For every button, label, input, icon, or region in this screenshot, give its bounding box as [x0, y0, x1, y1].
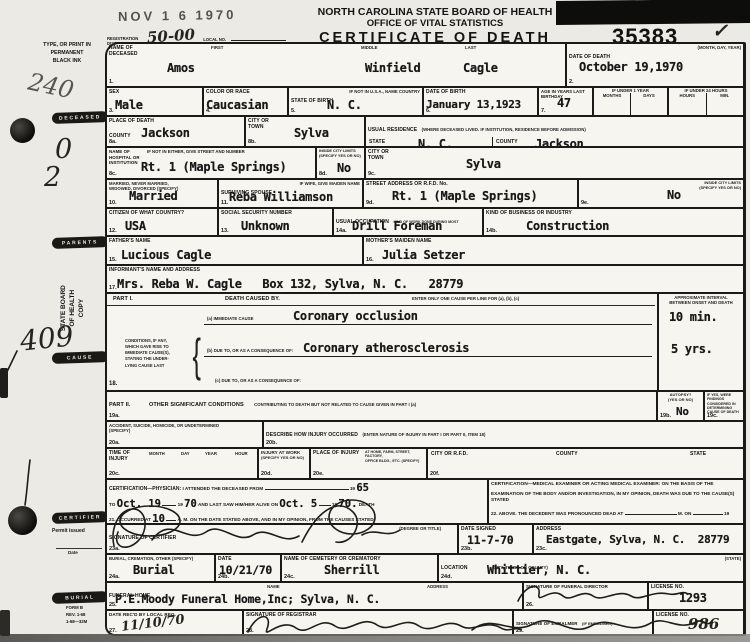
field-funeral-director-signature: SIGNATURE OF FUNERAL DIRECTOR 26. — [522, 583, 647, 609]
certificate-number-checkmark: ✓ — [712, 20, 728, 42]
field-certifier-signature: SIGNATURE OF CERTIFIER (DEGREE OR TITLE)… — [107, 525, 457, 553]
date-of-death-value: October 19,1970 — [579, 60, 683, 74]
immediate-cause-value: Coronary occlusion — [293, 309, 418, 323]
field-ssn: SOCIAL SECURITY NUMBER Unknown 13. — [217, 209, 332, 235]
certifier-address-value: Eastgate, Sylva, N. C. 28779 — [546, 533, 729, 546]
funeral-director-license-value: 1293 — [679, 591, 707, 605]
field-citizen: CITIZEN OF WHAT COUNTRY? USA 12. — [107, 209, 217, 235]
field-autopsy-findings: IF YES, WERE FINDINGS CONSIDERED IN DETE… — [703, 392, 743, 420]
occupation-value: Drill Foreman — [352, 219, 442, 233]
field-date-received: DATE REC'D BY LOCAL REG. 11/10/70 27. — [107, 611, 242, 635]
deceased-first-name: Amos — [167, 61, 195, 75]
received-date-stamp: NOV 1 6 1970 — [118, 7, 237, 24]
inside-city-limits-residence-value: No — [667, 188, 681, 202]
row-injury-details: TIME OFINJURY MONTH DAY YEAR HOUR 20c. I… — [107, 447, 743, 478]
row-funeral-home: FUNERAL HOME NAME ADDRESS P.E.Moody Fune… — [107, 581, 743, 609]
death-county-value: Jackson — [141, 126, 189, 140]
certificate-form: NAME OFDECEASED FIRST MIDDLE LAST Amos W… — [105, 42, 746, 636]
death-city-value: Sylva — [294, 126, 329, 140]
section-tag-burial: BURIAL — [52, 591, 108, 603]
interval-b-value: 5 yrs. — [671, 342, 713, 356]
field-injury-at-work: INJURY AT WORK(SPECIFY YES OR NO) 20d. — [257, 449, 309, 478]
attended-to-date: Oct. 19 — [117, 498, 161, 510]
field-injury-location: CITY OR R.F.D. COUNTY STATE 20f. — [426, 449, 743, 478]
row-accident: ACCIDENT, SUICIDE, HOMICIDE, OR UNDETERM… — [107, 420, 743, 447]
embalmer-license-value: 986 — [688, 615, 719, 633]
autopsy-value: No — [676, 405, 689, 418]
certification-medical-examiner: CERTIFICATION—MEDICAL EXAMINER OR ACTING… — [487, 480, 743, 523]
field-name-of-deceased: NAME OFDECEASED FIRST MIDDLE LAST Amos W… — [107, 44, 565, 86]
field-race: COLOR OR RACE Caucasian 4. — [202, 88, 287, 115]
part1-interval-column: APPROXIMATE INTERVALBETWEEN ONSET AND DE… — [657, 294, 743, 390]
row-parents: FATHER'S NAME Lucious Cagle 15. MOTHER'S… — [107, 235, 743, 264]
field-state-of-birth: STATE OF BIRTH IF NOT IN U.S.A., NAME CO… — [287, 88, 422, 115]
field-hospital: NAME OFHOSPITAL ORINSTITUTION IF NOT IN … — [107, 148, 315, 178]
field-father-name: FATHER'S NAME Lucious Cagle 15. — [107, 237, 362, 264]
permit-issued-label: Permit issued — [52, 528, 85, 534]
field-residence-county: COUNTY Jackson 9b. — [492, 137, 743, 146]
field-age: AGE IN YEARS LASTBIRTHDAY 47 7. — [537, 88, 592, 115]
field-burial-type: BURIAL, CREMATION, OTHER (SPECIFY) Buria… — [107, 555, 214, 581]
section-tag-deceased: DECEASED — [52, 111, 108, 123]
row-citizen-occupation: CITIZEN OF WHAT COUNTRY? USA 12. SOCIAL … — [107, 207, 743, 235]
death-hour: 10 — [152, 513, 165, 523]
row-place-of-death: PLACE OF DEATH COUNTY Jackson 8a. CITY O… — [107, 115, 743, 146]
residence-city-value: Sylva — [466, 157, 501, 171]
field-industry: KIND OF BUSINESS OR INDUSTRY Constructio… — [482, 209, 743, 235]
part2-other-conditions: PART II. OTHER SIGNIFICANT CONDITIONS CO… — [107, 390, 743, 420]
row-name-dod: NAME OFDECEASED FIRST MIDDLE LAST Amos W… — [107, 44, 743, 86]
field-mother-name: MOTHER'S MAIDEN NAME Julia Setzer 16. — [362, 237, 743, 264]
margin-stroke-1 — [25, 460, 30, 505]
form-header: NORTH CAROLINA STATE BOARD OF HEALTH OFF… — [290, 6, 580, 46]
mother-name-value: Julia Setzer — [382, 248, 465, 262]
section-tag-cause: CAUSE — [52, 351, 108, 363]
ink-instruction: TYPE, OR PRINT IN PERMANENT BLACK INK — [30, 42, 104, 65]
field-date-of-birth: DATE OF BIRTH January 13,1923 6. — [422, 88, 537, 115]
scan-edge-bottom — [0, 634, 750, 642]
date-of-birth-value: January 13,1923 — [426, 98, 521, 111]
row-burial: BURIAL, CREMATION, OTHER (SPECIFY) Buria… — [107, 553, 743, 581]
field-certifier-address: ADDRESS Eastgate, Sylva, N. C. 28779 23c… — [532, 525, 743, 553]
row-registrar: DATE REC'D BY LOCAL REG. 11/10/70 27. SI… — [107, 609, 743, 635]
part2-body: PART II. OTHER SIGNIFICANT CONDITIONS CO… — [107, 392, 656, 420]
permit-date-line — [56, 548, 102, 549]
scan-smudge-left — [0, 368, 8, 398]
inside-city-limits-death-value: No — [337, 161, 351, 175]
field-occupation: USUAL OCCUPATION KIND OF WORK DONE DURIN… — [332, 209, 482, 235]
row-sex-race-birth: SEX Male 3. COLOR OR RACE Caucasian 4. S… — [107, 86, 743, 115]
field-time-of-injury: TIME OFINJURY MONTH DAY YEAR HOUR 20c. — [107, 449, 257, 478]
father-name-value: Lucious Cagle — [121, 248, 211, 262]
funeral-home-value: P.E.Moody Funeral Home,Inc; Sylva, N. C. — [115, 592, 380, 606]
race-value: Caucasian — [206, 98, 268, 112]
section-tag-parents: PARENTS — [52, 236, 108, 248]
deceased-last-name: Cagle — [463, 61, 498, 75]
row-hospital: NAME OFHOSPITAL ORINSTITUTION IF NOT IN … — [107, 146, 743, 178]
field-marital-status: MARRIED, NEVER MARRIED,WIDOWED, DIVORCED… — [107, 180, 217, 207]
field-autopsy: AUTOPSY?(YES OR NO) No 19b. — [656, 392, 703, 420]
hole-punch-bottom — [8, 506, 37, 535]
field-accident-type: ACCIDENT, SUICIDE, HOMICIDE, OR UNDETERM… — [107, 422, 262, 447]
field-funeral-director-license: LICENSE NO. 1293 — [647, 583, 743, 609]
burial-type-value: Burial — [133, 563, 175, 577]
margin-handwriting-0: 0 — [55, 134, 72, 165]
org-line1: NORTH CAROLINA STATE BOARD OF HEALTH — [290, 6, 580, 18]
field-if-under-24-hours: IF UNDER 24 HOURS HOURS MIN. — [667, 88, 743, 115]
death-certificate-scan: NOV 1 6 1970 REGISTRATIONDISTRICT NO. 50… — [0, 0, 750, 642]
deceased-middle-name: Winfield — [365, 61, 420, 75]
local-no-blank — [231, 33, 286, 41]
row-marital-spouse: MARRIED, NEVER MARRIED,WIDOWED, DIVORCED… — [107, 178, 743, 207]
field-inside-city-limits-death: INSIDE CITY LIMITS (SPECIFY YES OR NO) N… — [315, 148, 364, 178]
field-sex: SEX Male 3. — [107, 88, 202, 115]
underlying-cause-value: Coronary atherosclerosis — [303, 341, 469, 355]
field-residence-state: STATE N. C. 9a. — [366, 137, 492, 146]
region-usual-residence: USUAL RESIDENCE (WHERE DECEASED LIVED. I… — [364, 117, 743, 146]
section-tag-certifier: CERTIFIER — [52, 511, 108, 523]
citizen-value: USA — [125, 219, 146, 233]
row-certification: CERTIFICATION—PHYSICIAN: I ATTENDED THE … — [107, 478, 743, 523]
cemetery-location-value: Whittier, N. C. — [487, 563, 591, 577]
attended-to-year: 70 — [184, 498, 197, 510]
age-value: 47 — [557, 96, 571, 110]
hole-punch-top — [10, 118, 35, 143]
interval-a-value: 10 min. — [669, 310, 717, 324]
marital-status-value: Married — [129, 189, 177, 203]
surviving-spouse-value: Reba Williamson — [229, 190, 333, 204]
cemetery-value: Sherrill — [324, 563, 379, 577]
field-registrar-signature: SIGNATURE OF REGISTRAR 28. — [242, 611, 512, 635]
residence-county-value: Jackson — [535, 137, 583, 146]
field-embalmer-signature: SIGNATURE OF EMBALMER (IF EMBALMED) 29. — [512, 611, 652, 635]
org-line2: OFFICE OF VITAL STATISTICS — [290, 18, 580, 29]
field-if-under-1-year: IF UNDER 1 YEAR MONTHS DAYS — [592, 88, 667, 115]
field-cemetery: NAME OF CEMETERY OR CREMATORY Sherrill 2… — [280, 555, 437, 581]
permit-date-label: Date — [68, 550, 78, 555]
row-informant: INFORMANT'S NAME AND ADDRESS Mrs. Reba W… — [107, 264, 743, 292]
last-seen-date: Oct. 5 — [279, 498, 317, 510]
date-signed-value: 11-7-70 — [467, 533, 513, 547]
field-cemetery-location: LOCATION (CITY, TOWN, OR COUNTY) (STATE)… — [437, 555, 743, 581]
field-death-county: PLACE OF DEATH COUNTY Jackson 8a. — [107, 117, 244, 146]
street-address-value: Rt. 1 (Maple Springs) — [392, 189, 537, 203]
field-embalmer-license: LICENSE NO. 986 — [652, 611, 743, 635]
field-how-injury-occurred: DESCRIBE HOW INJURY OCCURRED (ENTER NATU… — [262, 422, 743, 447]
part1-cause-of-death: PART I. DEATH CAUSED BY. ENTER ONLY ONE … — [107, 292, 743, 390]
residence-state-value: N. C. — [418, 137, 453, 146]
industry-value: Construction — [526, 219, 609, 233]
last-seen-year: 70. — [338, 498, 357, 510]
scan-smudge-bottom-left — [0, 610, 10, 636]
attended-from-year: 65 — [356, 482, 369, 494]
part1-body: PART I. DEATH CAUSED BY. ENTER ONLY ONE … — [107, 294, 657, 390]
field-date-of-death: DATE OF DEATH (MONTH, DAY, YEAR) October… — [565, 44, 743, 86]
certification-physician: CERTIFICATION—PHYSICIAN: I ATTENDED THE … — [107, 480, 487, 523]
hospital-value: Rt. 1 (Maple Springs) — [141, 160, 286, 174]
informant-value: Mrs. Reba W. Cagle Box 132, Sylva, N. C.… — [117, 277, 463, 291]
field-burial-date: DATE 10/21/70 24b. — [214, 555, 280, 581]
margin-handwriting-240: 240 — [26, 68, 77, 105]
field-street-address: STREET ADDRESS OR R.F.D. No. Rt. 1 (Mapl… — [362, 180, 577, 207]
row-certifier-signature: SIGNATURE OF CERTIFIER (DEGREE OR TITLE)… — [107, 523, 743, 553]
ssn-value: Unknown — [241, 219, 289, 233]
sex-value: Male — [115, 98, 143, 112]
field-funeral-home: FUNERAL HOME NAME ADDRESS P.E.Moody Fune… — [107, 583, 522, 609]
field-inside-city-limits-residence: INSIDE CITY LIMITS(SPECIFY YES OR NO) No… — [577, 180, 743, 207]
margin-handwriting-2: 2 — [44, 162, 61, 193]
form-revision-note: FORM B REV. 1-68 1-68—32M — [66, 605, 104, 626]
field-death-city: CITY ORTOWN Sylva 8b. — [244, 117, 364, 146]
field-informant: INFORMANT'S NAME AND ADDRESS Mrs. Reba W… — [107, 266, 743, 292]
conditions-brace: { — [192, 328, 200, 382]
field-residence-city: CITY ORTOWN Sylva 9c. — [364, 148, 743, 178]
state-of-birth-value: N. C. — [327, 98, 362, 112]
field-date-signed: DATE SIGNED 11-7-70 23b. — [457, 525, 532, 553]
field-place-of-injury: PLACE OF INJURY AT HOME, FARM, STREET, F… — [309, 449, 426, 478]
field-surviving-spouse: SURVIVING SPOUSE IF WIFE, GIVE MAIDEN NA… — [217, 180, 362, 207]
